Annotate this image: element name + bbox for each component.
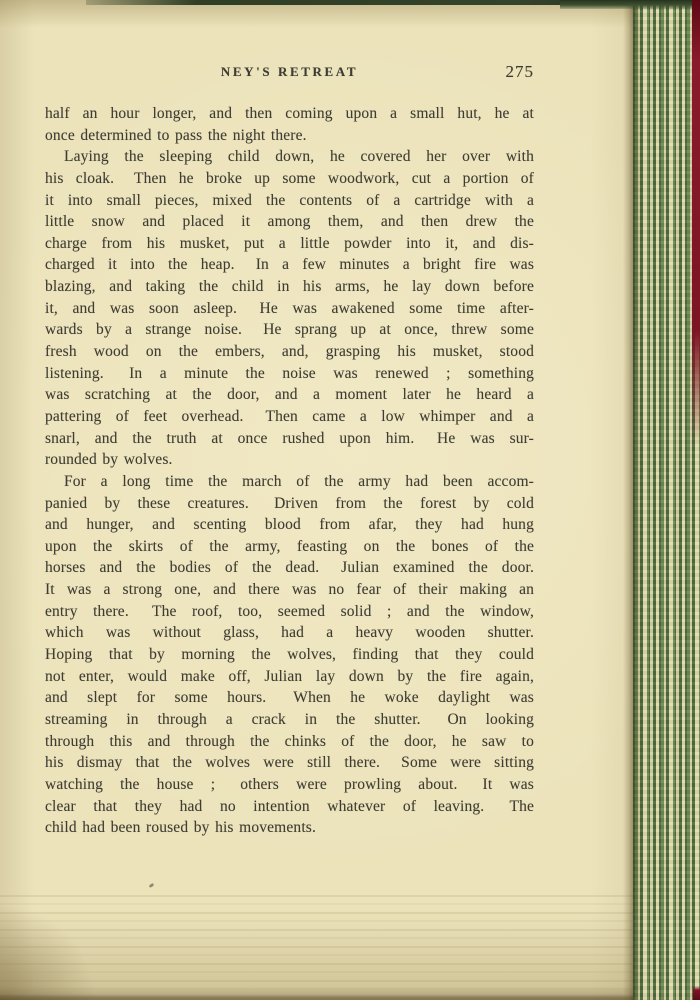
text-line: upon the skirts of the army, feasting on… [45, 536, 534, 558]
text-line: rounded by wolves. [45, 449, 534, 471]
text-line: and slept for some hours. When he woke d… [45, 687, 534, 709]
book-cover-edge-bottom [693, 986, 700, 1000]
paragraph: Laying the sleeping child down, he cover… [45, 146, 534, 471]
text-line: pattering of feet overhead. Then came a … [45, 406, 534, 428]
text-line: entry there. The roof, too, seemed solid… [45, 601, 534, 623]
header-title: NEY'S RETREAT [45, 64, 534, 80]
page-stack-top-edge-corner [560, 0, 700, 9]
text-line: For a long time the march of the army ha… [45, 471, 534, 493]
text-line: watching the house ; others were prowlin… [45, 774, 534, 796]
text-line: little snow and placed it among them, an… [45, 211, 534, 233]
running-header: NEY'S RETREAT 275 [45, 64, 534, 88]
topmost-leaf-edge-shadow [623, 0, 633, 1000]
text-line: listening. In a minute the noise was ren… [45, 363, 534, 385]
paragraph: For a long time the march of the army ha… [45, 471, 534, 839]
text-line: child had been roused by his movements. [45, 817, 534, 839]
text-line: snarl, and the truth at once rushed upon… [45, 428, 534, 450]
text-line: it, and was soon asleep. He was awakened… [45, 298, 534, 320]
text-line: fresh wood on the embers, and, grasping … [45, 341, 534, 363]
text-line: Hoping that by morning the wolves, findi… [45, 644, 534, 666]
text-line: streaming in through a crack in the shut… [45, 709, 534, 731]
text-line: which was without glass, had a heavy woo… [45, 622, 534, 644]
text-line: through this and through the chinks of t… [45, 731, 534, 753]
text-line: not enter, would make off, Julian lay do… [45, 666, 534, 688]
text-line: his dismay that the wolves were still th… [45, 752, 534, 774]
text-line: clear that they had no intention whateve… [45, 796, 534, 818]
text-line: once determined to pass the night there. [45, 125, 534, 147]
text-line: half an hour longer, and then coming upo… [45, 103, 534, 125]
text-line: his cloak. Then he broke up some woodwor… [45, 168, 534, 190]
page-stack-bottom-edge [0, 895, 634, 1000]
text-line: blazing, and taking the child in his arm… [45, 276, 534, 298]
book-page-scan: NEY'S RETREAT 275 half an hour longer, a… [0, 0, 700, 1000]
header-page-number: 275 [506, 62, 535, 82]
page-text: half an hour longer, and then coming upo… [45, 103, 534, 839]
text-line: it into small pieces, mixed the contents… [45, 190, 534, 212]
book-cover-edge [692, 0, 700, 445]
book-fore-edge [633, 0, 700, 1000]
text-line: panied by these creatures. Driven from t… [45, 493, 534, 515]
text-line: charged it into the heap. In a few minut… [45, 254, 534, 276]
paragraph: half an hour longer, and then coming upo… [45, 103, 534, 146]
text-line: was scratching at the door, and a moment… [45, 384, 534, 406]
text-line: It was a strong one, and there was no fe… [45, 579, 534, 601]
text-line: and hunger, and scenting blood from afar… [45, 514, 534, 536]
text-line: charge from his musket, put a little pow… [45, 233, 534, 255]
text-line: wards by a strange noise. He sprang up a… [45, 319, 534, 341]
text-line: Laying the sleeping child down, he cover… [45, 146, 534, 168]
text-line: horses and the bodies of the dead. Julia… [45, 557, 534, 579]
